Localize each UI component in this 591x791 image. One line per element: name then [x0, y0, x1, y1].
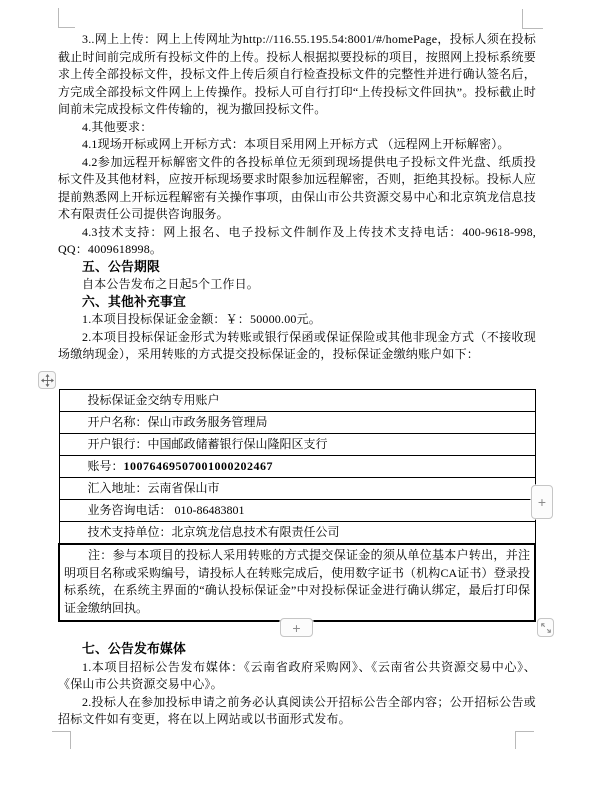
plus-icon: +	[538, 494, 546, 510]
cell-service-phone: 业务咨询电话： 010-86483801	[59, 500, 535, 522]
document-page: 3..网上上传：网上上传网址为http://116.55.195.54:8001…	[0, 0, 591, 791]
cell-tech-support: 技术支持单位：北京筑龙信息技术有限责任公司	[59, 522, 535, 545]
insert-table-row-bottom-button[interactable]: +	[280, 618, 313, 637]
crop-mark-bottom-right-icon	[515, 731, 534, 749]
paragraph-4-2: 4.2参加远程开标解密文件的各投标单位无须到现场提供电子投标文件光盘、纸质投标文…	[58, 154, 536, 224]
paragraph-4-1: 4.1现场开标或网上开标方式：本项目采用网上开标方式 （远程网上开标解密）。	[58, 136, 536, 154]
paragraph-read-notice: 2.投标人在参加投标申请之前务必认真阅读公开招标公告全部内容；公开招标公告或招标…	[58, 694, 536, 729]
cell-note: 注：参与本项目的投标人采用转账的方式提交保证金的须从单位基本户转出，并注明项目名…	[59, 544, 535, 621]
paragraph-period: 自本公告发布之日起5个工作日。	[58, 276, 536, 294]
account-number-value: 10076469507001000202467	[124, 459, 274, 473]
crop-mark-top-left-icon	[58, 8, 75, 28]
plus-icon: +	[292, 620, 300, 636]
table-row: 技术支持单位：北京筑龙信息技术有限责任公司	[59, 522, 535, 545]
table-resize-handle[interactable]	[537, 618, 554, 637]
account-number-label: 账号：	[88, 459, 124, 473]
heading-supplementary: 六、其他补充事宜	[58, 294, 536, 312]
table-row-note: 注：参与本项目的投标人采用转账的方式提交保证金的须从单位基本户转出，并注明项目名…	[59, 544, 535, 621]
table-row: 账号：10076469507001000202467	[59, 456, 535, 478]
table-row: 业务咨询电话： 010-86483801	[59, 500, 535, 522]
paragraph-deposit-amount: 1.本项目投标保证金金额：￥：50000.00元。	[58, 311, 536, 329]
move-cross-icon	[41, 374, 54, 387]
insert-table-row-right-button[interactable]: +	[531, 485, 553, 519]
paragraph-media-list: 1.本项目招标公告发布媒体：《云南省政府采购网》、《云南省公共资源交易中心》、《…	[58, 659, 536, 694]
table-row: 投标保证金交纳专用账户	[59, 390, 535, 412]
document-body-lower: 七、公告发布媒体 1.本项目招标公告发布媒体：《云南省政府采购网》、《云南省公共…	[58, 641, 536, 729]
paragraph-other-requirements: 4.其他要求：	[58, 119, 536, 137]
cell-remit-address: 汇入地址：云南省保山市	[59, 478, 535, 500]
crop-mark-top-right-icon	[522, 9, 543, 29]
paragraph-4-3: 4.3技术支持：网上报名、电子投标文件制作及上传技术支持电话：400-9618-…	[58, 224, 536, 259]
paragraph-deposit-form: 2.本项目投标保证金形式为转账或银行保函或保证保险或其他非现金方式（不接收现场缴…	[58, 329, 536, 364]
cell-account-name: 开户名称：保山市政务服务管理局	[59, 412, 535, 434]
heading-announcement-period: 五、公告期限	[58, 259, 536, 277]
document-body-upper: 3..网上上传：网上上传网址为http://116.55.195.54:8001…	[58, 31, 536, 364]
crop-mark-bottom-left-icon	[52, 731, 71, 749]
table-row: 开户名称：保山市政务服务管理局	[59, 412, 535, 434]
paragraph-online-upload: 3..网上上传：网上上传网址为http://116.55.195.54:8001…	[58, 31, 536, 119]
cell-account-title: 投标保证金交纳专用账户	[59, 390, 535, 412]
cell-account-number: 账号：10076469507001000202467	[59, 456, 535, 478]
diagonal-resize-icon	[540, 622, 552, 634]
heading-publish-media: 七、公告发布媒体	[58, 641, 536, 659]
deposit-account-table: 投标保证金交纳专用账户 开户名称：保山市政务服务管理局 开户银行：中国邮政储蓄银…	[58, 389, 536, 622]
table-move-handle[interactable]	[38, 371, 56, 389]
table-row: 汇入地址：云南省保山市	[59, 478, 535, 500]
cell-bank: 开户银行：中国邮政储蓄银行保山隆阳区支行	[59, 434, 535, 456]
table-row: 开户银行：中国邮政储蓄银行保山隆阳区支行	[59, 434, 535, 456]
